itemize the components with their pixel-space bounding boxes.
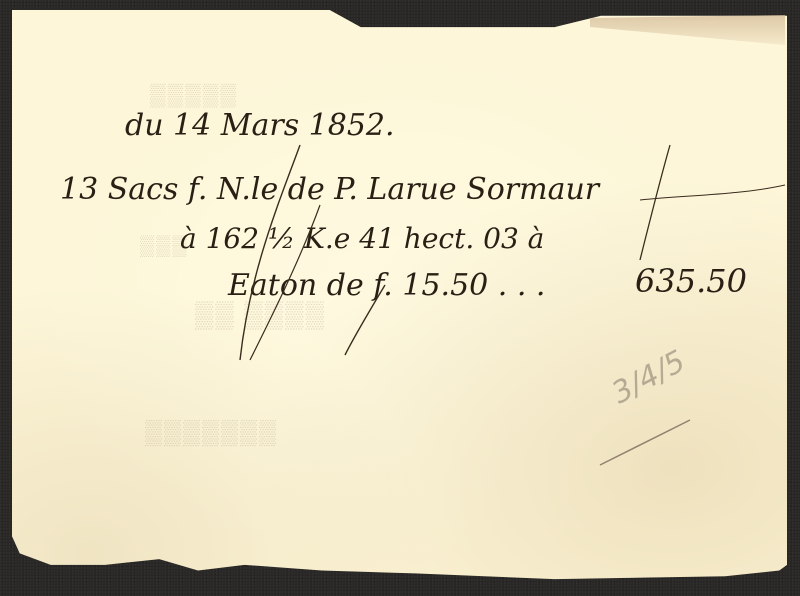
pen-flourishes [0,0,800,596]
